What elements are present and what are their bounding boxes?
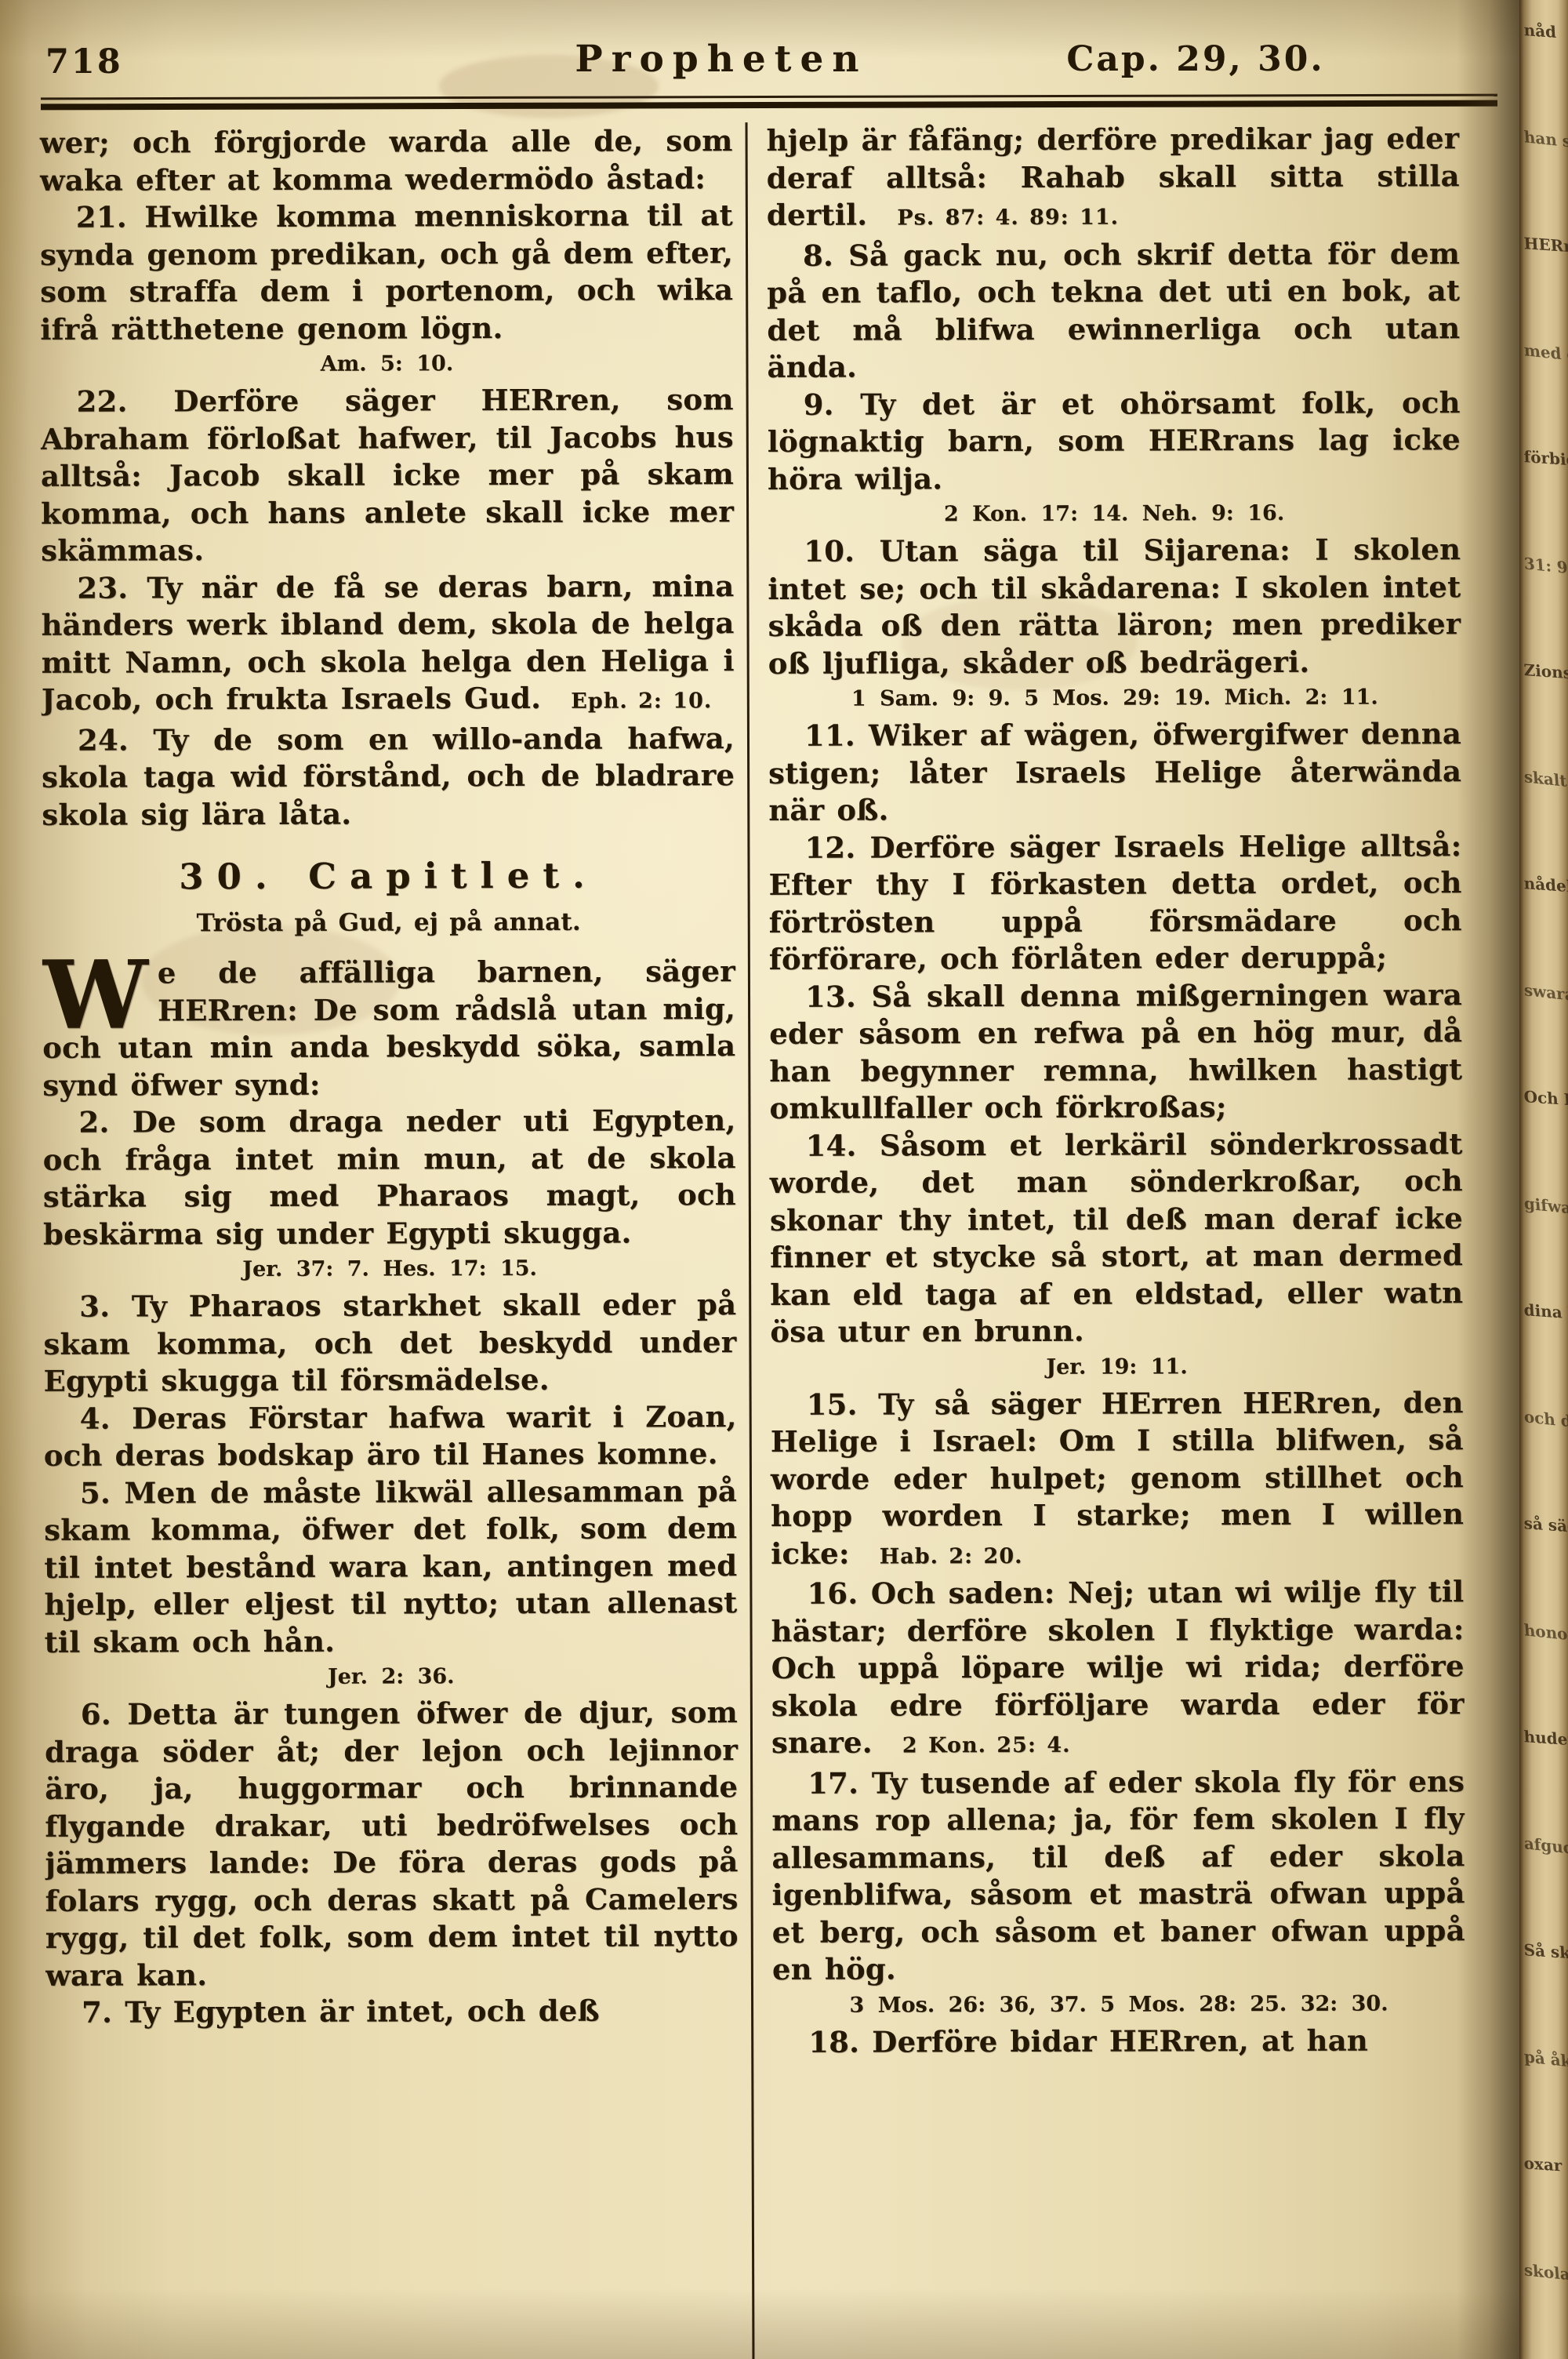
- edge-fragment: oxar och fol: [1523, 2154, 1568, 2176]
- verse-reference: 2 Kon. 17: 14. Neh. 9: 16.: [768, 498, 1461, 529]
- edge-fragment: Och HErr: [1523, 1087, 1568, 1110]
- edge-fragment: HERren: [1523, 234, 1568, 256]
- verse-paragraph: 7. Ty Egypten är intet, och deß: [45, 1992, 739, 2031]
- verse-paragraph: 5. Men de måste likwäl allesamman på ska…: [44, 1473, 738, 1661]
- header-chapter-label: Cap. 29, 30.: [1011, 39, 1380, 79]
- verse-text: 16. Och saden: Nej; utan wi wilje fly ti…: [771, 1574, 1464, 1760]
- verse-paragraph: 8. Så gack nu, och skrif detta för dem p…: [767, 235, 1461, 387]
- edge-fragment: nådelig: [1523, 874, 1568, 896]
- verse-text: 15. Ty så säger HErren HERren, den Helig…: [771, 1385, 1464, 1571]
- verse-paragraph: 11. Wiker af wägen, öfwergifwer denna st…: [768, 715, 1461, 829]
- left-column: wer; och förgjorde warda alle de, som wa…: [40, 122, 753, 2359]
- verse-reference: Jer. 19: 11.: [770, 1351, 1463, 1383]
- edge-fragment: honom, och: [1523, 1620, 1568, 1645]
- verse-paragraph: 16. Och saden: Nej; utan wi wilje fly ti…: [771, 1573, 1465, 1765]
- edge-fragment: med dom: [1523, 340, 1568, 365]
- book-page: 718 Propheten Cap. 29, 30. wer; och förg…: [0, 0, 1568, 2359]
- text-columns: wer; och förgjorde warda alle de, som wa…: [40, 120, 1499, 2359]
- next-page-edge: nåd han skall HERren med dom förbida 31:…: [1519, 0, 1568, 2359]
- verse-reference: 3 Mos. 26: 36, 37. 5 Mos. 28: 25. 32: 30…: [772, 1989, 1465, 2020]
- verse-paragraph: 18. Derföre bidar HERren, at han: [772, 2022, 1465, 2061]
- verse-paragraph: 6. Detta är tungen öfwer de djur, som dr…: [45, 1694, 739, 1994]
- edge-fragment: och din öro: [1523, 1407, 1568, 1432]
- edge-fragment: han skall: [1523, 127, 1568, 152]
- verse-paragraph: 22. Derföre säger HERren, som Abraham fö…: [41, 381, 735, 569]
- verse-paragraph: 13. Så skall denna mißgerningen wara ede…: [769, 976, 1463, 1128]
- edge-fragment: gifwa eder: [1523, 1194, 1568, 1219]
- verse-reference: Am. 5: 10.: [40, 348, 733, 380]
- edge-fragment: Zions f: [1523, 660, 1568, 683]
- inline-reference: 2 Kon. 25: 4.: [902, 1733, 1071, 1758]
- edge-fragment: dina lärare: [1523, 1300, 1568, 1323]
- edge-fragment: Så skall: [1523, 1940, 1568, 1963]
- verse-paragraph: We de affälliga barnen, säger HERren: De…: [42, 953, 736, 1104]
- edge-fragment: afgudar, och: [1523, 1834, 1568, 1859]
- verse-paragraph: 14. Såsom et lerkäril sönderkrossadt wor…: [770, 1125, 1464, 1351]
- verse-paragraph: 24. Ty de som en willo-anda hafwa, skola…: [42, 720, 735, 834]
- right-column: hjelp är fåfäng; derföre predikar jag ed…: [748, 120, 1467, 2359]
- edge-fragment: förbida: [1523, 447, 1568, 470]
- drop-cap: W: [42, 962, 148, 1028]
- edge-fragment: skola bland: [1523, 2260, 1568, 2285]
- edge-fragment: så sägande: [1523, 1514, 1568, 1536]
- verse-paragraph: 21. Hwilke komma menniskorna til at synd…: [40, 197, 734, 348]
- edge-fragment: swarar: [1523, 980, 1568, 1005]
- verse-paragraph: 12. Derföre säger Israels Helige alltså:…: [768, 827, 1462, 979]
- verse-reference: Jer. 37: 7. Hes. 17: 15.: [43, 1253, 736, 1285]
- verse-paragraph: 10. Utan säga til Sijarena: I skolen int…: [768, 531, 1461, 682]
- verse-paragraph: 2. De som draga neder uti Egypten, och f…: [42, 1102, 736, 1253]
- continuation-paragraph: hjelp är fåfäng; derföre predikar jag ed…: [767, 120, 1460, 237]
- edge-fragment: på åkrenom: [1523, 2047, 1568, 2072]
- edge-fragment: 31: 9: [1523, 554, 1568, 577]
- verse-paragraph: 17. Ty tusende af eder skola fly för ens…: [771, 1763, 1465, 1989]
- inline-reference: Ps. 87: 4. 89: 11.: [897, 205, 1119, 231]
- chapter-heading: 30. Capitlet.: [42, 856, 735, 896]
- continuation-paragraph: wer; och förgjorde warda alle de, som wa…: [40, 122, 733, 199]
- edge-fragment: nåd: [1523, 20, 1557, 42]
- edge-fragment: skalt icke: [1523, 767, 1568, 792]
- verse-paragraph: 4. Deras Förstar hafwa warit i Zoan, och…: [44, 1398, 737, 1475]
- verse-paragraph: 9. Ty det är et ohörsamt folk, och lögna…: [768, 384, 1461, 498]
- verse-paragraph: 15. Ty så säger HErren HERren, den Helig…: [771, 1384, 1465, 1576]
- verse-paragraph: 23. Ty när de få se deras barn, mina hän…: [41, 568, 735, 722]
- verse-reference: Jer. 2: 36.: [45, 1661, 738, 1692]
- inline-reference: Hab. 2: 20.: [880, 1543, 1023, 1568]
- verse-reference: 1 Sam. 9: 9. 5 Mos. 29: 19. Mich. 2: 11.: [768, 682, 1461, 714]
- edge-fragment: hudena, eller: [1523, 1727, 1568, 1750]
- inline-reference: Eph. 2: 10.: [571, 689, 712, 714]
- header-rule: [41, 94, 1497, 111]
- chapter-subtitle: Trösta på Gud, ej på annat.: [42, 903, 735, 943]
- verse-paragraph: 3. Ty Pharaos starkhet skall eder på ska…: [43, 1286, 736, 1400]
